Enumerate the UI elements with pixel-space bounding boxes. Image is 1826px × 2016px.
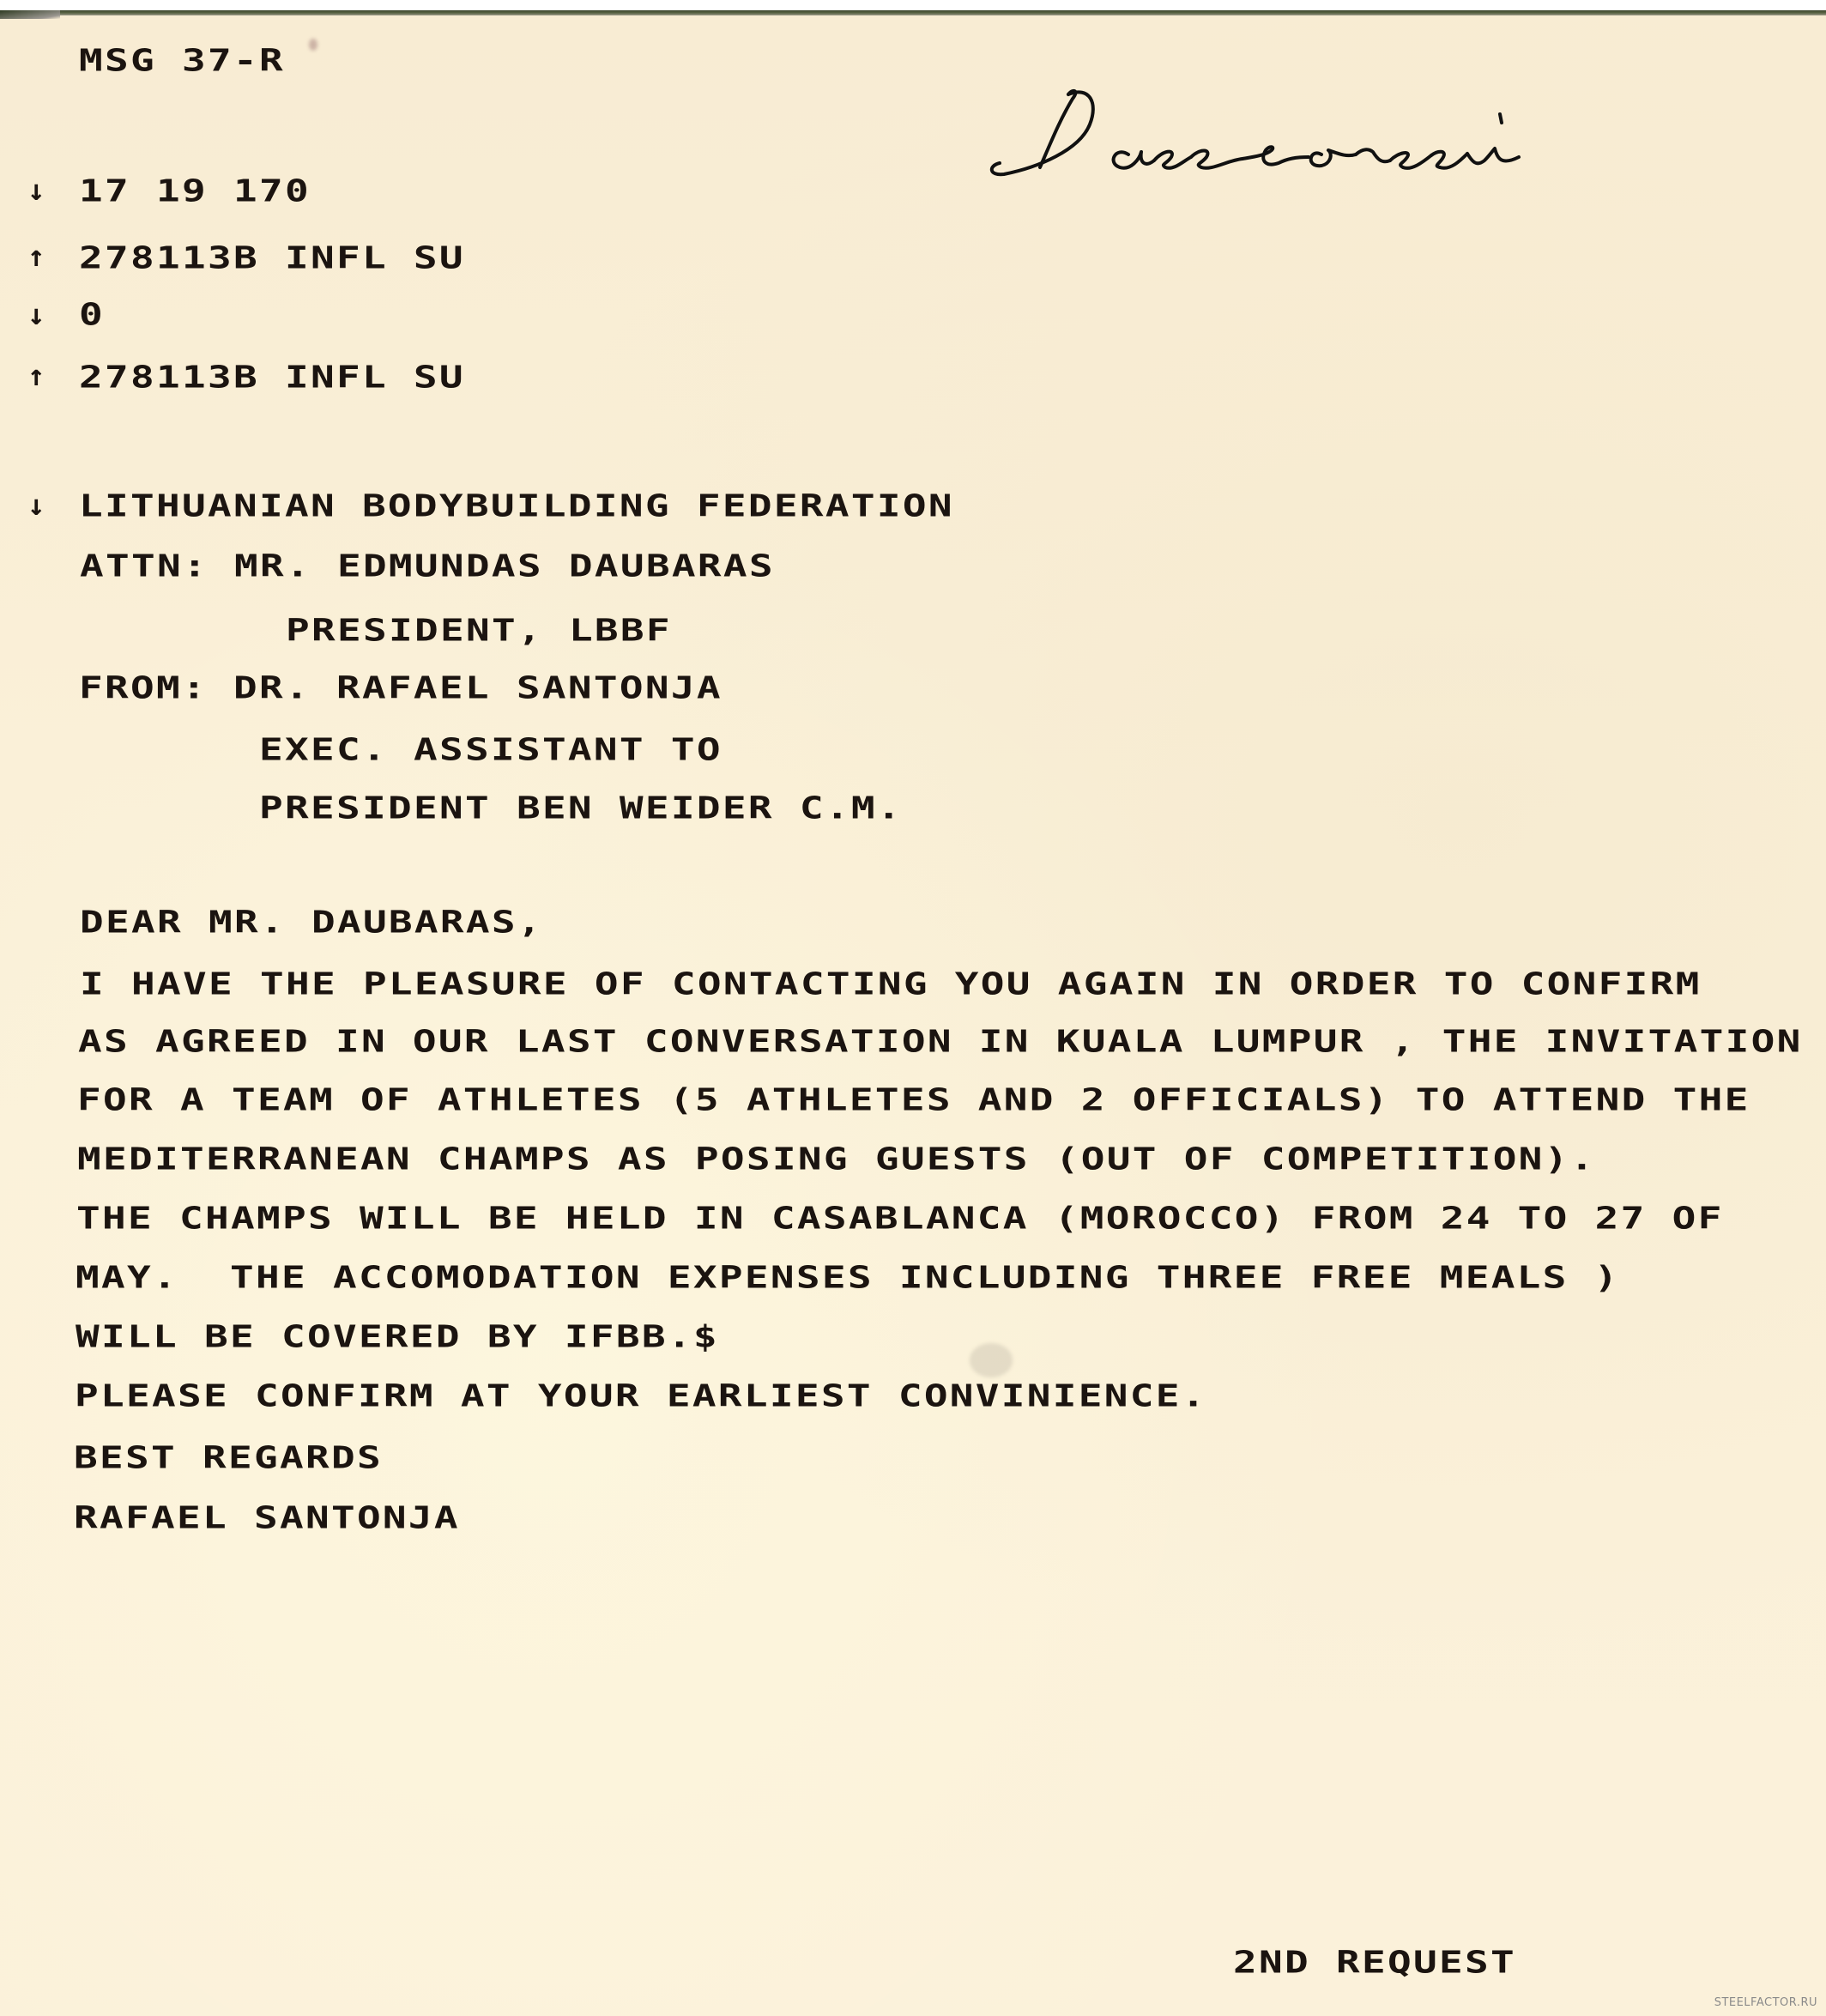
closing: BEST REGARDS [74, 1442, 383, 1473]
routing-line: 0 [79, 299, 105, 330]
routing-line: 278113B INFL SU [79, 361, 465, 392]
down-arrow-icon: ↓ [27, 176, 45, 205]
up-arrow-icon: ↑ [27, 242, 45, 271]
sender-title-1: EXEC. ASSISTANT TO [259, 734, 723, 765]
routing-line: 17 19 170 [79, 175, 311, 206]
recipient-organization: LITHUANIAN BODYBUILDING FEDERATION [79, 490, 954, 521]
paper-smudge [309, 39, 317, 51]
signoff-name: RAFAEL SANTONJA [74, 1502, 460, 1533]
body-line: MAY. THE ACCOMODATION EXPENSES INCLUDING… [76, 1262, 1620, 1293]
from-line: FROM: DR. RAFAEL SANTONJA [79, 672, 723, 703]
down-arrow-icon: ↓ [27, 300, 45, 330]
body-line: I HAVE THE PLEASURE OF CONTACTING YOU AG… [80, 968, 1702, 999]
recipient-title: PRESIDENT, LBBF [286, 614, 672, 645]
body-line: AS AGREED IN OUR LAST CONVERSATION IN KU… [78, 1026, 1803, 1056]
handwritten-signature [970, 82, 1682, 185]
sender-title-2: PRESIDENT BEN WEIDER C.M. [259, 792, 903, 823]
routing-line: 278113B INFL SU [79, 242, 465, 273]
down-arrow-icon: ↓ [27, 491, 45, 520]
paper-top-edge [0, 10, 1826, 15]
body-line: FOR A TEAM OF ATHLETES (5 ATHLETES AND 2… [77, 1084, 1750, 1115]
telex-paper [0, 10, 1826, 2016]
up-arrow-icon: ↑ [27, 361, 45, 390]
request-note: 2ND REQUEST [1233, 1946, 1516, 1977]
attn-line: ATTN: MR. EDMUNDAS DAUBARAS [80, 550, 775, 581]
paper-corner-fold [0, 10, 60, 19]
body-line: THE CHAMPS WILL BE HELD IN CASABLANCA (M… [76, 1202, 1724, 1233]
body-line: PLEASE CONFIRM AT YOUR EARLIEST CONVINIE… [75, 1380, 1207, 1411]
body-line: MEDITERRANEAN CHAMPS AS POSING GUESTS (O… [77, 1143, 1596, 1174]
salutation: DEAR MR. DAUBARAS, [80, 906, 543, 937]
watermark: STEELFACTOR.RU [1714, 1996, 1817, 2009]
body-line: WILL BE COVERED BY IFBB.$ [76, 1321, 719, 1352]
message-reference: MSG 37-R [79, 45, 285, 76]
paper-smudge [970, 1343, 1013, 1377]
